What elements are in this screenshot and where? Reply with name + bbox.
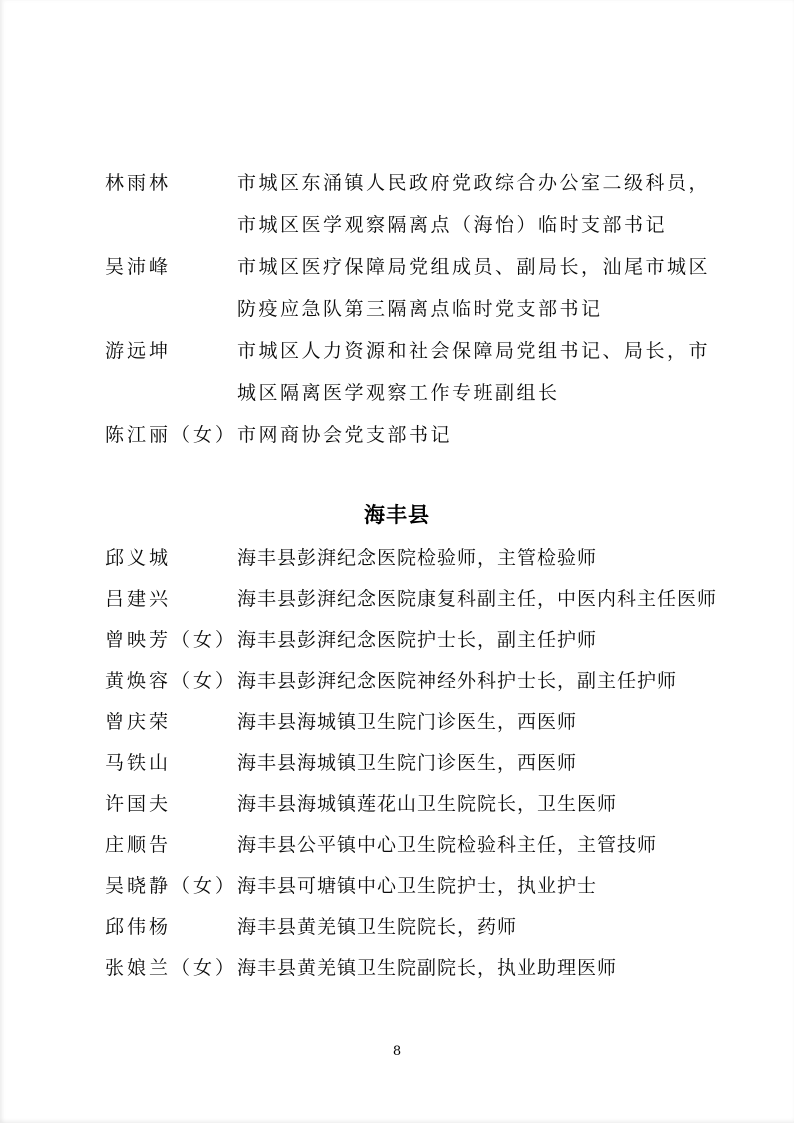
position-description: 市网商协会党支部书记 <box>237 414 734 456</box>
position-line: 海丰县彭湃纪念医院神经外科护士长，副主任护师 <box>237 661 734 702</box>
position-line: 防疫应急队第三隔离点临时党支部书记 <box>237 288 734 330</box>
entry-row: 邱义城海丰县彭湃纪念医院检验师，主管检验师 <box>105 538 734 579</box>
position-line: 海丰县黄羌镇卫生院院长，药师 <box>237 907 734 948</box>
entry-row: 庄顺告海丰县公平镇中心卫生院检验科主任，主管技师 <box>105 825 734 866</box>
section: 海丰县邱义城海丰县彭湃纪念医院检验师，主管检验师吕建兴海丰县彭湃纪念医院康复科副… <box>105 500 734 989</box>
position-description: 海丰县彭湃纪念医院神经外科护士长，副主任护师 <box>237 661 734 702</box>
entry-row: 曾映芳（女）海丰县彭湃纪念医院护士长，副主任护师 <box>105 620 734 661</box>
entry-row: 林雨林市城区东涌镇人民政府党政综合办公室二级科员，市城区医学观察隔离点（海怡）临… <box>105 162 734 246</box>
entry-row: 陈江丽（女）市网商协会党支部书记 <box>105 414 734 456</box>
person-name: 邱伟杨 <box>105 907 237 948</box>
position-description: 海丰县公平镇中心卫生院检验科主任，主管技师 <box>237 825 734 866</box>
person-name: 庄顺告 <box>105 825 237 866</box>
person-name: 陈江丽（女） <box>105 414 237 456</box>
person-name: 黄焕容（女） <box>105 661 237 702</box>
entry-row: 曾庆荣海丰县海城镇卫生院门诊医生，西医师 <box>105 702 734 743</box>
section-heading: 海丰县 <box>60 500 734 538</box>
person-name: 吕建兴 <box>105 579 237 620</box>
entry-row: 吴晓静（女）海丰县可塘镇中心卫生院护士，执业护士 <box>105 866 734 907</box>
position-description: 海丰县黄羌镇卫生院副院长，执业助理医师 <box>237 948 734 989</box>
position-line: 海丰县黄羌镇卫生院副院长，执业助理医师 <box>237 948 734 989</box>
section: 林雨林市城区东涌镇人民政府党政综合办公室二级科员，市城区医学观察隔离点（海怡）临… <box>105 162 734 456</box>
position-line: 市网商协会党支部书记 <box>237 414 734 456</box>
person-name: 邱义城 <box>105 538 237 579</box>
entry-row: 黄焕容（女）海丰县彭湃纪念医院神经外科护士长，副主任护师 <box>105 661 734 702</box>
position-line: 海丰县可塘镇中心卫生院护士，执业护士 <box>237 866 734 907</box>
position-line: 市城区人力资源和社会保障局党组书记、局长，市 <box>237 330 734 372</box>
position-line: 海丰县彭湃纪念医院康复科副主任，中医内科主任医师 <box>237 579 734 620</box>
position-description: 海丰县彭湃纪念医院护士长，副主任护师 <box>237 620 734 661</box>
position-description: 市城区东涌镇人民政府党政综合办公室二级科员，市城区医学观察隔离点（海怡）临时支部… <box>237 162 734 246</box>
person-name: 许国夫 <box>105 784 237 825</box>
position-description: 海丰县海城镇卫生院门诊医生，西医师 <box>237 743 734 784</box>
person-name: 吴晓静（女） <box>105 866 237 907</box>
position-description: 市城区人力资源和社会保障局党组书记、局长，市城区隔离医学观察工作专班副组长 <box>237 330 734 414</box>
person-name: 林雨林 <box>105 162 237 204</box>
entry-row: 许国夫海丰县海城镇莲花山卫生院院长，卫生医师 <box>105 784 734 825</box>
position-description: 海丰县海城镇卫生院门诊医生，西医师 <box>237 702 734 743</box>
position-line: 海丰县海城镇卫生院门诊医生，西医师 <box>237 743 734 784</box>
position-line: 海丰县海城镇卫生院门诊医生，西医师 <box>237 702 734 743</box>
position-description: 海丰县海城镇莲花山卫生院院长，卫生医师 <box>237 784 734 825</box>
entry-row: 吕建兴海丰县彭湃纪念医院康复科副主任，中医内科主任医师 <box>105 579 734 620</box>
entry-row: 邱伟杨海丰县黄羌镇卫生院院长，药师 <box>105 907 734 948</box>
page-number: 8 <box>0 1044 794 1059</box>
position-description: 海丰县可塘镇中心卫生院护士，执业护士 <box>237 866 734 907</box>
position-description: 海丰县彭湃纪念医院康复科副主任，中医内科主任医师 <box>237 579 734 620</box>
position-line: 海丰县彭湃纪念医院护士长，副主任护师 <box>237 620 734 661</box>
person-name: 游远坤 <box>105 330 237 372</box>
position-line: 市城区医疗保障局党组成员、副局长，汕尾市城区 <box>237 246 734 288</box>
position-line: 城区隔离医学观察工作专班副组长 <box>237 372 734 414</box>
position-line: 市城区医学观察隔离点（海怡）临时支部书记 <box>237 204 734 246</box>
entry-row: 张娘兰（女）海丰县黄羌镇卫生院副院长，执业助理医师 <box>105 948 734 989</box>
position-line: 海丰县彭湃纪念医院检验师，主管检验师 <box>237 538 734 579</box>
position-line: 海丰县公平镇中心卫生院检验科主任，主管技师 <box>237 825 734 866</box>
position-description: 市城区医疗保障局党组成员、副局长，汕尾市城区防疫应急队第三隔离点临时党支部书记 <box>237 246 734 330</box>
entry-row: 吴沛峰市城区医疗保障局党组成员、副局长，汕尾市城区防疫应急队第三隔离点临时党支部… <box>105 246 734 330</box>
entry-row: 马铁山海丰县海城镇卫生院门诊医生，西医师 <box>105 743 734 784</box>
person-name: 曾映芳（女） <box>105 620 237 661</box>
person-name: 张娘兰（女） <box>105 948 237 989</box>
position-line: 市城区东涌镇人民政府党政综合办公室二级科员， <box>237 162 734 204</box>
person-name: 曾庆荣 <box>105 702 237 743</box>
position-description: 海丰县黄羌镇卫生院院长，药师 <box>237 907 734 948</box>
person-name: 马铁山 <box>105 743 237 784</box>
entry-row: 游远坤市城区人力资源和社会保障局党组书记、局长，市城区隔离医学观察工作专班副组长 <box>105 330 734 414</box>
position-description: 海丰县彭湃纪念医院检验师，主管检验师 <box>237 538 734 579</box>
document-page: 林雨林市城区东涌镇人民政府党政综合办公室二级科员，市城区医学观察隔离点（海怡）临… <box>0 0 794 1123</box>
position-line: 海丰县海城镇莲花山卫生院院长，卫生医师 <box>237 784 734 825</box>
person-name: 吴沛峰 <box>105 246 237 288</box>
